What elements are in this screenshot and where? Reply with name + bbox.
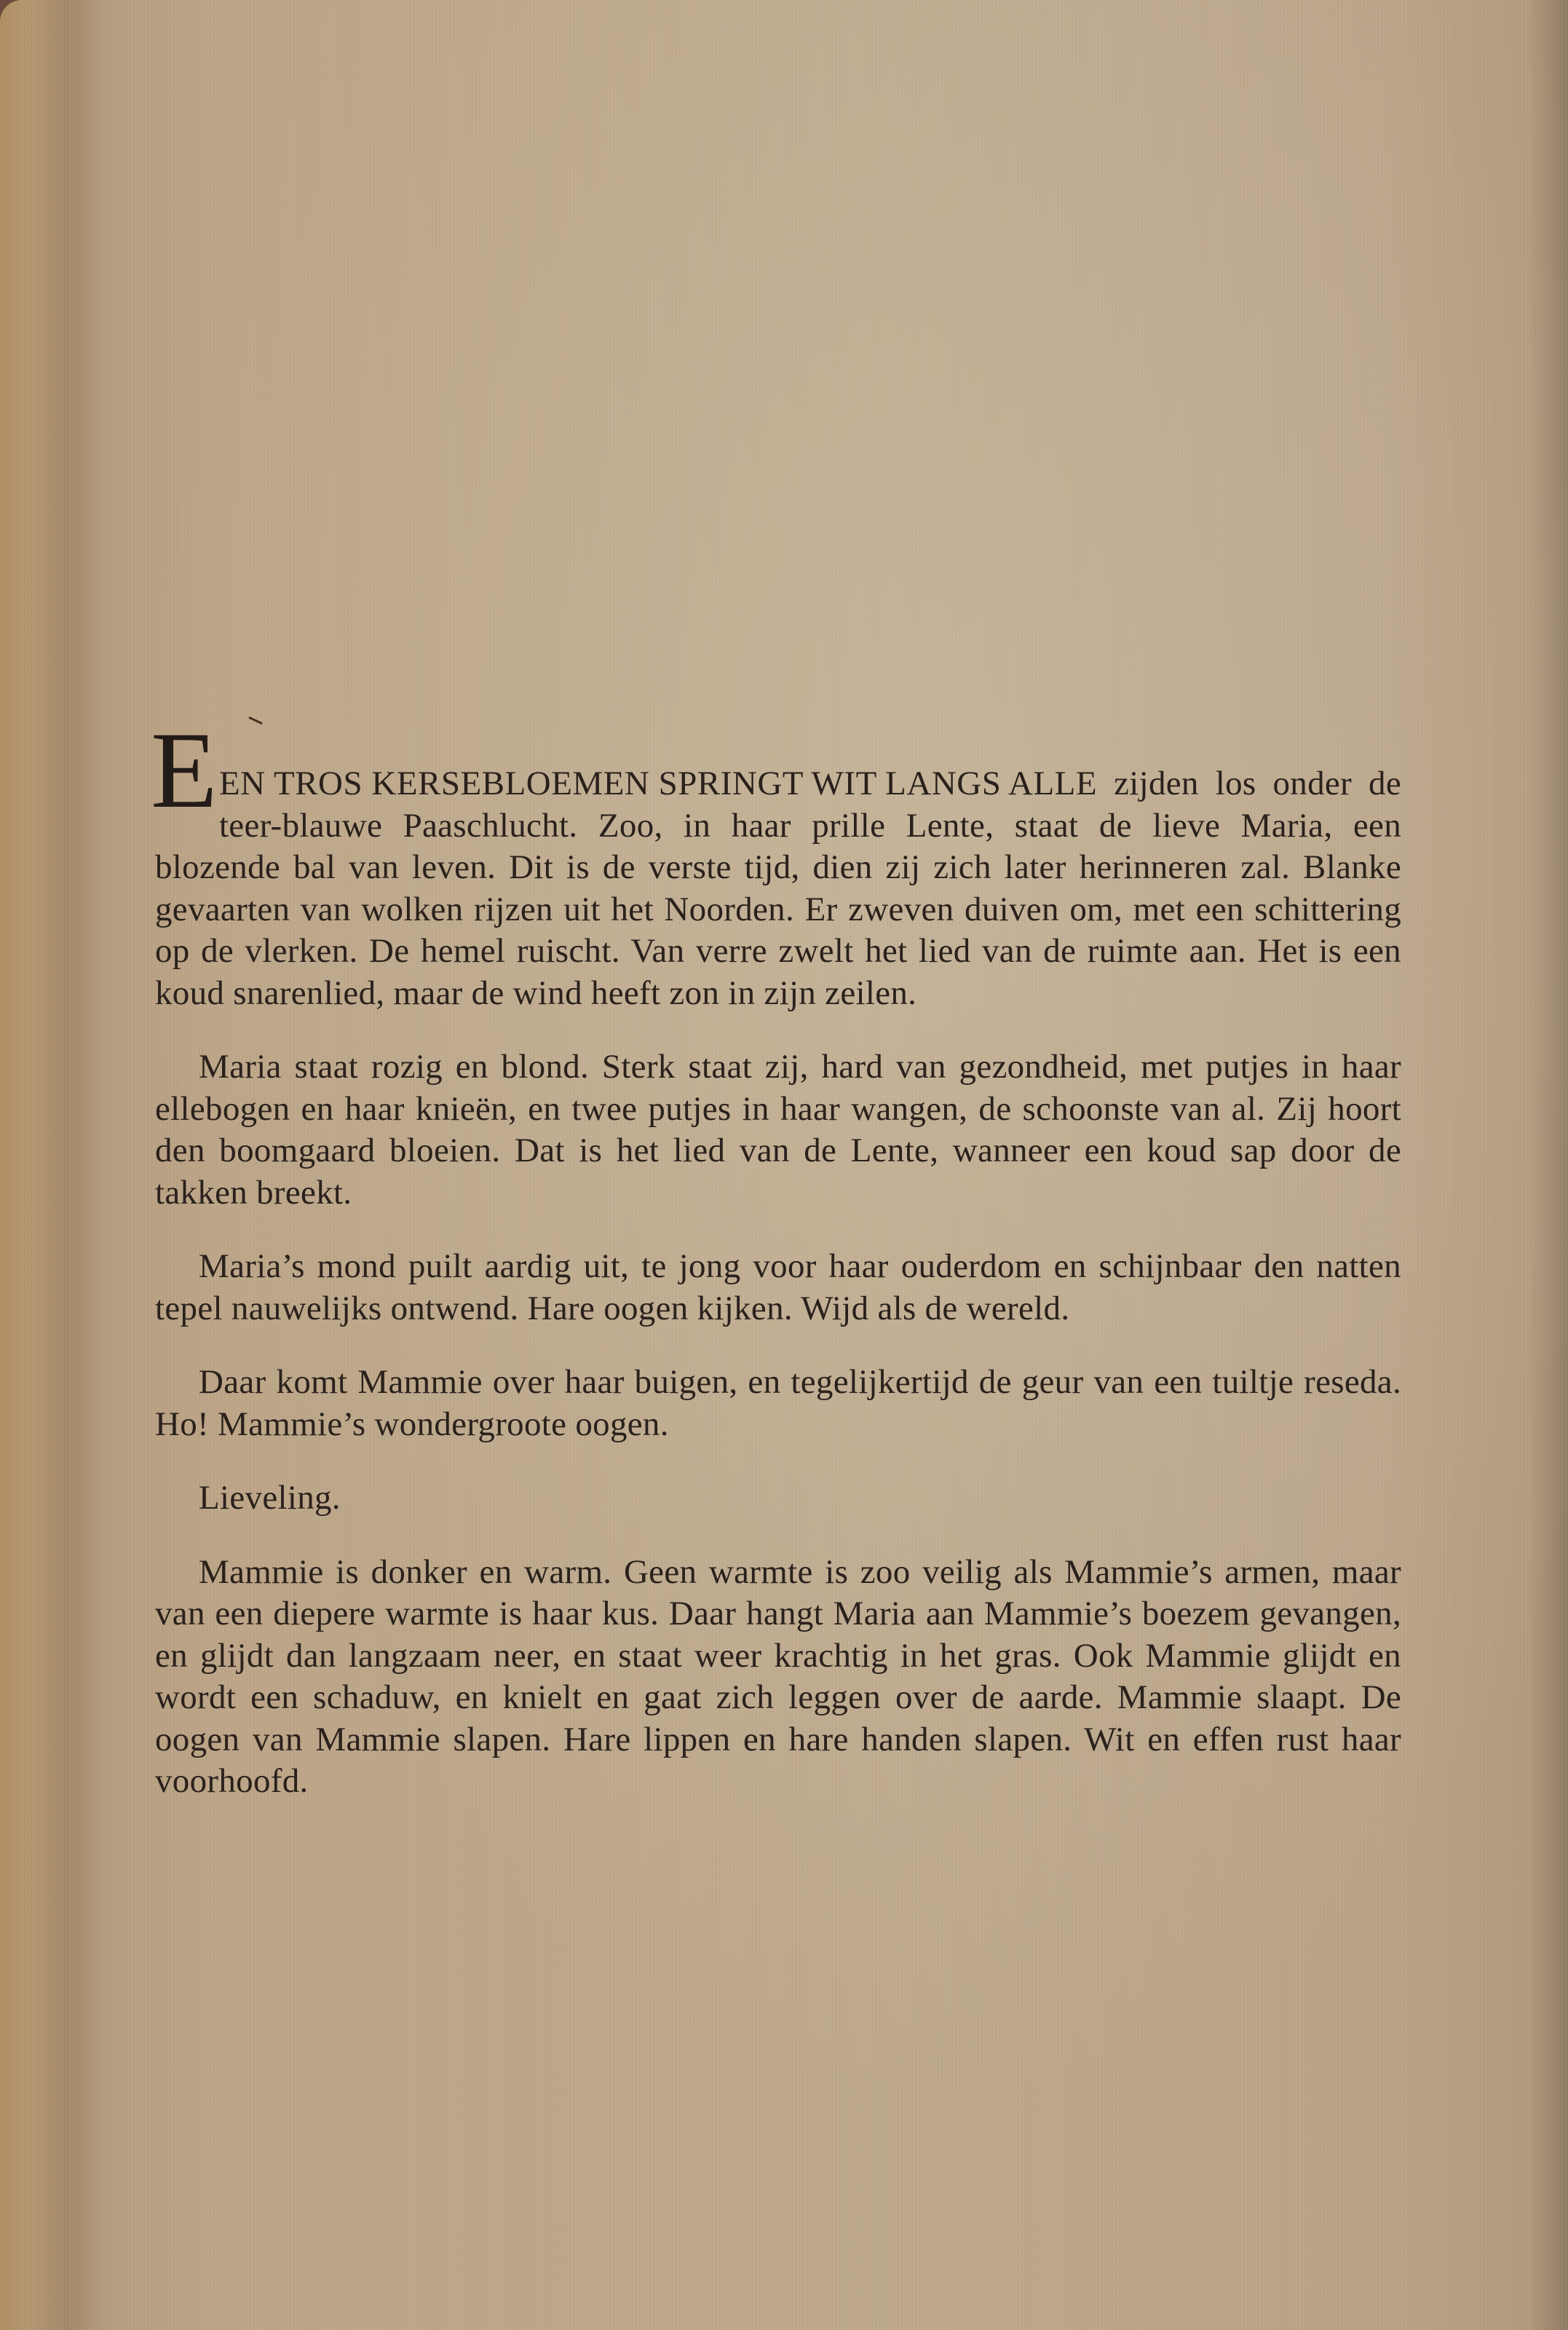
drop-cap: E <box>151 727 218 814</box>
paragraph-6: Mammie is donker en warm. Geen warmte is… <box>155 1552 1401 1803</box>
opening-paragraph: E EN TROS KERSEBLOEMEN SPRINGT WIT LANGS… <box>155 721 1401 1014</box>
paragraph-5: Lieveling. <box>155 1477 1401 1520</box>
paragraph-4: Daar komt Mammie over haar buigen, en te… <box>155 1362 1401 1445</box>
paragraph-2: Maria staat rozig en blond. Sterk staat … <box>155 1046 1401 1214</box>
paragraph-3: Maria’s mond puilt aardig uit, te jong v… <box>155 1246 1401 1330</box>
opening-smallcaps-line: EN TROS KERSEBLOEMEN SPRINGT WIT LANGS A… <box>219 721 1097 805</box>
page-text-block: E EN TROS KERSEBLOEMEN SPRINGT WIT LANGS… <box>155 721 1401 1803</box>
book-page: E EN TROS KERSEBLOEMEN SPRINGT WIT LANGS… <box>0 0 1568 2330</box>
